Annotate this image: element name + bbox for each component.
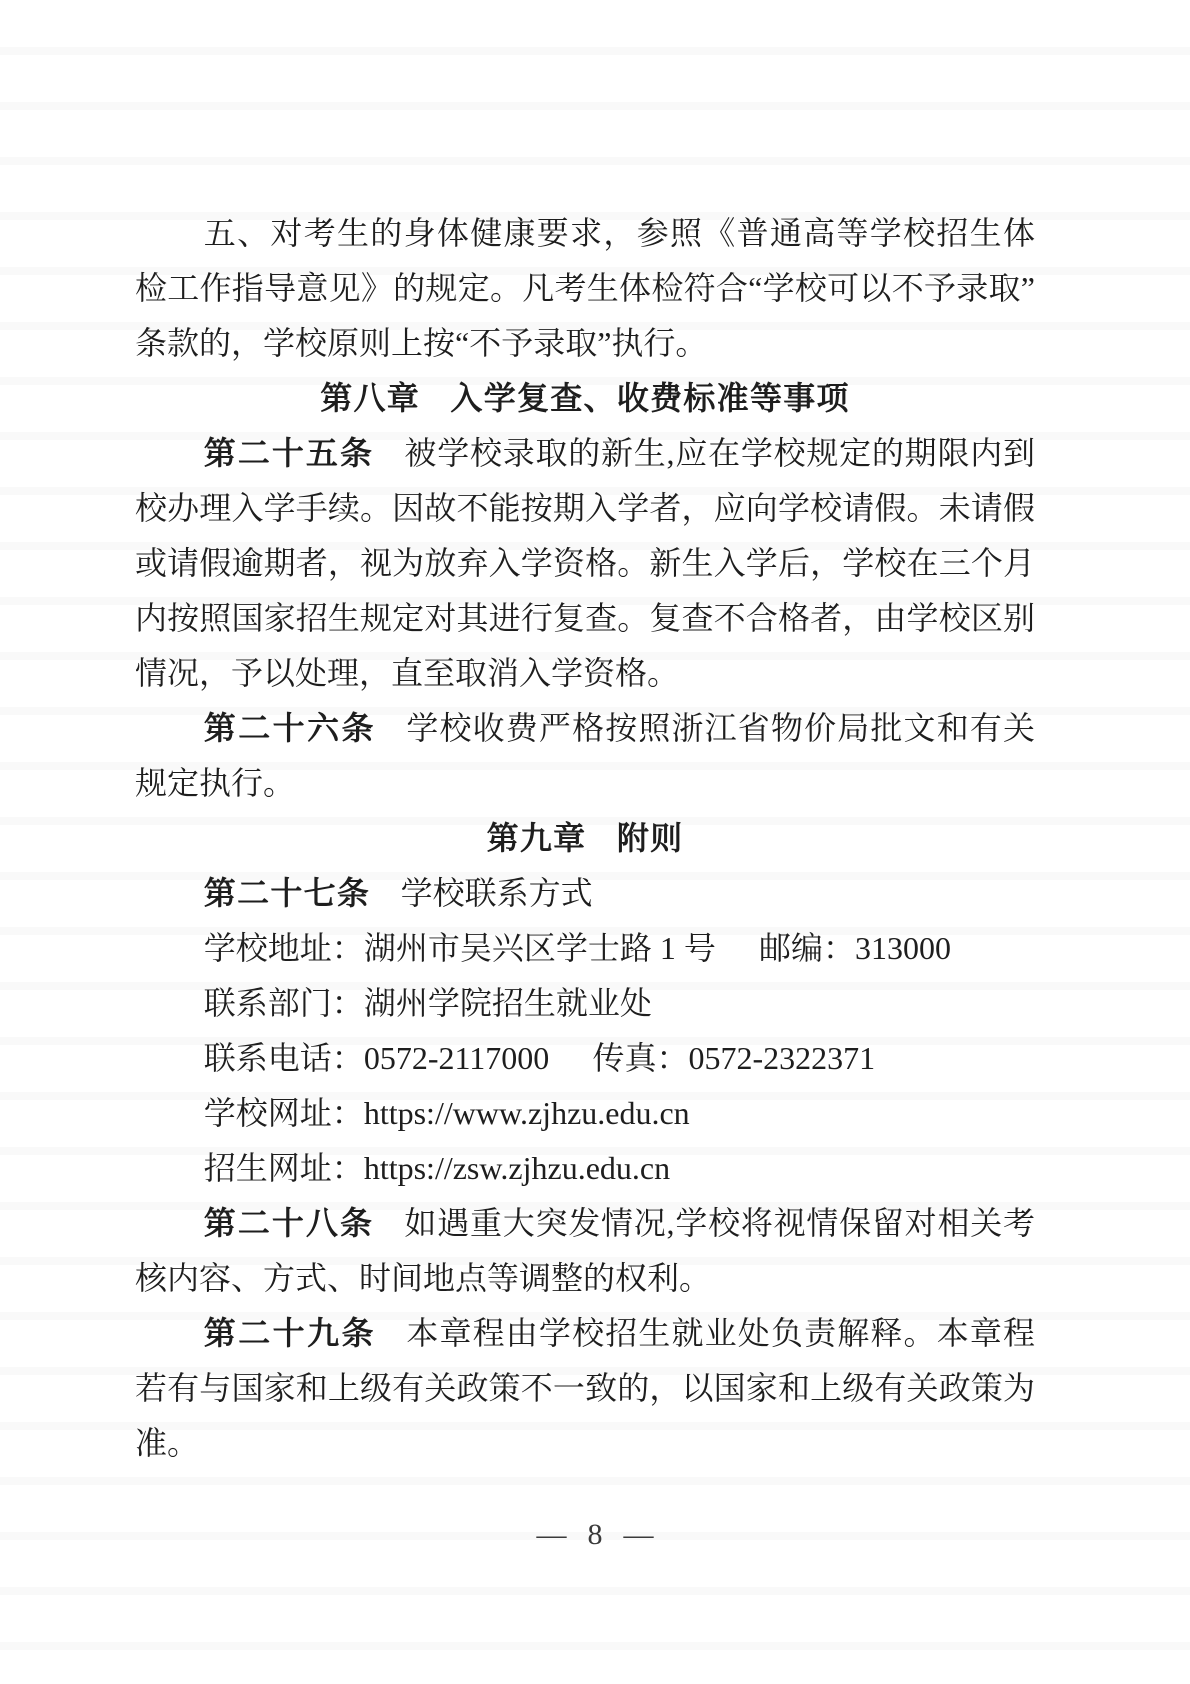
postcode-value: 313000	[855, 930, 951, 966]
fax-label: 传真：	[592, 1040, 688, 1076]
page-number: — 8 —	[0, 1514, 1190, 1556]
fax-value: 0572-2322371	[688, 1040, 875, 1076]
chapter-8-number: 第八章	[320, 380, 420, 416]
article-29: 第二十九条本章程由学校招生就业处负责解释。本章程若有与国家和上级有关政策不一致的…	[135, 1306, 1035, 1471]
contact-admissions-site-line: 招生网址：https://zsw.zjhzu.edu.cn	[135, 1141, 1035, 1196]
contact-department-line: 联系部门：湖州学院招生就业处	[135, 976, 1035, 1031]
phone-label: 联系电话：	[204, 1040, 364, 1076]
article-26: 第二十六条学校收费严格按照浙江省物价局批文和有关规定执行。	[135, 701, 1035, 811]
document-body: 五、对考生的身体健康要求，参照《普通高等学校招生体检工作指导意见》的规定。凡考生…	[135, 206, 1035, 1471]
article-25-text: 被学校录取的新生,应在学校规定的期限内到校办理入学手续。因故不能按期入学者，应向…	[135, 435, 1035, 691]
phone-value: 0572-2117000	[364, 1040, 549, 1076]
paragraph-physical-health-requirement: 五、对考生的身体健康要求，参照《普通高等学校招生体检工作指导意见》的规定。凡考生…	[135, 206, 1035, 371]
department-value: 湖州学院招生就业处	[364, 985, 652, 1021]
article-27-label: 第二十七条	[204, 875, 370, 911]
scanned-document-page: 五、对考生的身体健康要求，参照《普通高等学校招生体检工作指导意见》的规定。凡考生…	[0, 0, 1190, 1684]
address-value: 湖州市吴兴区学士路 1 号	[364, 930, 716, 966]
admissions-site-label: 招生网址：	[204, 1150, 364, 1186]
website-label: 学校网址：	[204, 1095, 364, 1131]
admissions-site-url: https://zsw.zjhzu.edu.cn	[364, 1150, 670, 1186]
chapter-9-number: 第九章	[487, 820, 587, 856]
website-url: https://www.zjhzu.edu.cn	[364, 1095, 690, 1131]
article-29-label: 第二十九条	[204, 1315, 376, 1351]
postcode-label: 邮编：	[759, 930, 855, 966]
contact-address-line: 学校地址：湖州市吴兴区学士路 1 号邮编：313000	[135, 921, 1035, 976]
article-28: 第二十八条如遇重大突发情况,学校将视情保留对相关考核内容、方式、时间地点等调整的…	[135, 1196, 1035, 1306]
address-label: 学校地址：	[204, 930, 364, 966]
article-25-label: 第二十五条	[204, 435, 374, 471]
contact-website-line: 学校网址：https://www.zjhzu.edu.cn	[135, 1086, 1035, 1141]
article-28-label: 第二十八条	[204, 1205, 374, 1241]
article-26-label: 第二十六条	[204, 710, 376, 746]
article-27: 第二十七条学校联系方式	[135, 866, 1035, 921]
contact-phone-line: 联系电话：0572-2117000传真：0572-2322371	[135, 1031, 1035, 1086]
article-25: 第二十五条被学校录取的新生,应在学校规定的期限内到校办理入学手续。因故不能按期入…	[135, 426, 1035, 701]
article-27-text: 学校联系方式	[401, 875, 593, 911]
chapter-8-title: 入学复查、收费标准等事项	[450, 380, 849, 416]
chapter-9-heading: 第九章附则	[135, 811, 1035, 866]
chapter-9-title: 附则	[617, 820, 684, 856]
department-label: 联系部门：	[204, 985, 364, 1021]
chapter-8-heading: 第八章入学复查、收费标准等事项	[135, 371, 1035, 426]
